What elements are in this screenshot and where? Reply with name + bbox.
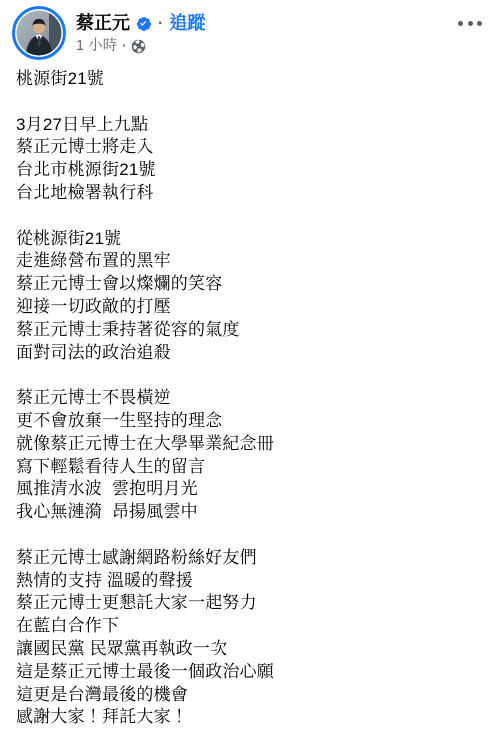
meta-row: 1 小時 · [76,37,205,55]
post-line: 更不會放棄一生堅持的理念 [16,410,484,433]
post-line: 蔡正元博士感謝網路粉絲好友們 [16,547,484,570]
post-line: 蔡正元博士會以燦爛的笑容 [16,273,484,296]
post-line: 台北市桃源街21號 [16,159,484,182]
post-line: 桃源街21號 [16,68,484,91]
post-header: 蔡正元 · 追蹤 1 小時 · [0,0,500,60]
follow-button[interactable]: 追蹤 [169,13,205,34]
post-line: 這更是台灣最後的機會 [16,684,484,707]
more-options-button[interactable] [450,11,490,35]
avatar-photo [12,6,66,60]
post-line: 就像蔡正元博士在大學畢業紀念冊 [16,433,484,456]
post-line: 我心無漣漪 昂揚風雲中 [16,501,484,524]
post-line: 迎接一切政敵的打壓 [16,296,484,319]
post-line: 寫下輕鬆看待人生的留言 [16,456,484,479]
profile-name-link[interactable]: 蔡正元 [76,13,130,34]
post-paragraph: 從桃源街21號走進綠營布置的黑牢蔡正元博士會以燦爛的笑容迎接一切政敵的打壓蔡正元… [16,228,484,365]
post-line: 蔡正元博士更懇託大家一起努力 [16,592,484,615]
post-line: 熱情的支持 溫暖的聲援 [16,570,484,593]
ellipsis-icon [468,21,473,26]
post-line: 蔡正元博士不畏橫逆 [16,387,484,410]
post-line: 面對司法的政治追殺 [16,342,484,365]
post-line: 從桃源街21號 [16,228,484,251]
timestamp-link[interactable]: 1 小時 [76,37,117,55]
post-text: 桃源街21號3月27日早上九點蔡正元博士將走入台北市桃源街21號台北地檢署執行科… [0,60,500,729]
post-paragraph: 蔡正元博士感謝網路粉絲好友們熱情的支持 溫暖的聲援蔡正元博士更懇託大家一起努力在… [16,547,484,729]
post-paragraph: 桃源街21號 [16,68,484,91]
post-line: 感謝大家！拜託大家！ [16,706,484,729]
header-text-block: 蔡正元 · 追蹤 1 小時 · [76,6,205,55]
ellipsis-icon [458,21,463,26]
post-line: 風推清水波 雲抱明月光 [16,478,484,501]
post-paragraph: 3月27日早上九點蔡正元博士將走入台北市桃源街21號台北地檢署執行科 [16,114,484,205]
facebook-post-card: 蔡正元 · 追蹤 1 小時 · [0,0,500,734]
post-line: 走進綠營布置的黑牢 [16,250,484,273]
post-line: 台北地檢署執行科 [16,182,484,205]
post-line: 這是蔡正元博士最後一個政治心願 [16,661,484,684]
post-line: 在藍白合作下 [16,615,484,638]
profile-avatar[interactable] [12,6,66,60]
name-row: 蔡正元 · 追蹤 [76,13,205,34]
separator-dot: · [158,13,163,34]
globe-icon [131,39,146,54]
post-line: 蔡正元博士秉持著從容的氣度 [16,319,484,342]
post-paragraph: 蔡正元博士不畏橫逆更不會放棄一生堅持的理念就像蔡正元博士在大學畢業紀念冊寫下輕鬆… [16,387,484,524]
post-line: 讓國民黨 民眾黨再執政一次 [16,638,484,661]
separator-dot: · [122,37,126,55]
verified-badge-icon [136,16,152,32]
post-line: 3月27日早上九點 [16,114,484,137]
post-line: 蔡正元博士將走入 [16,136,484,159]
ellipsis-icon [477,21,482,26]
